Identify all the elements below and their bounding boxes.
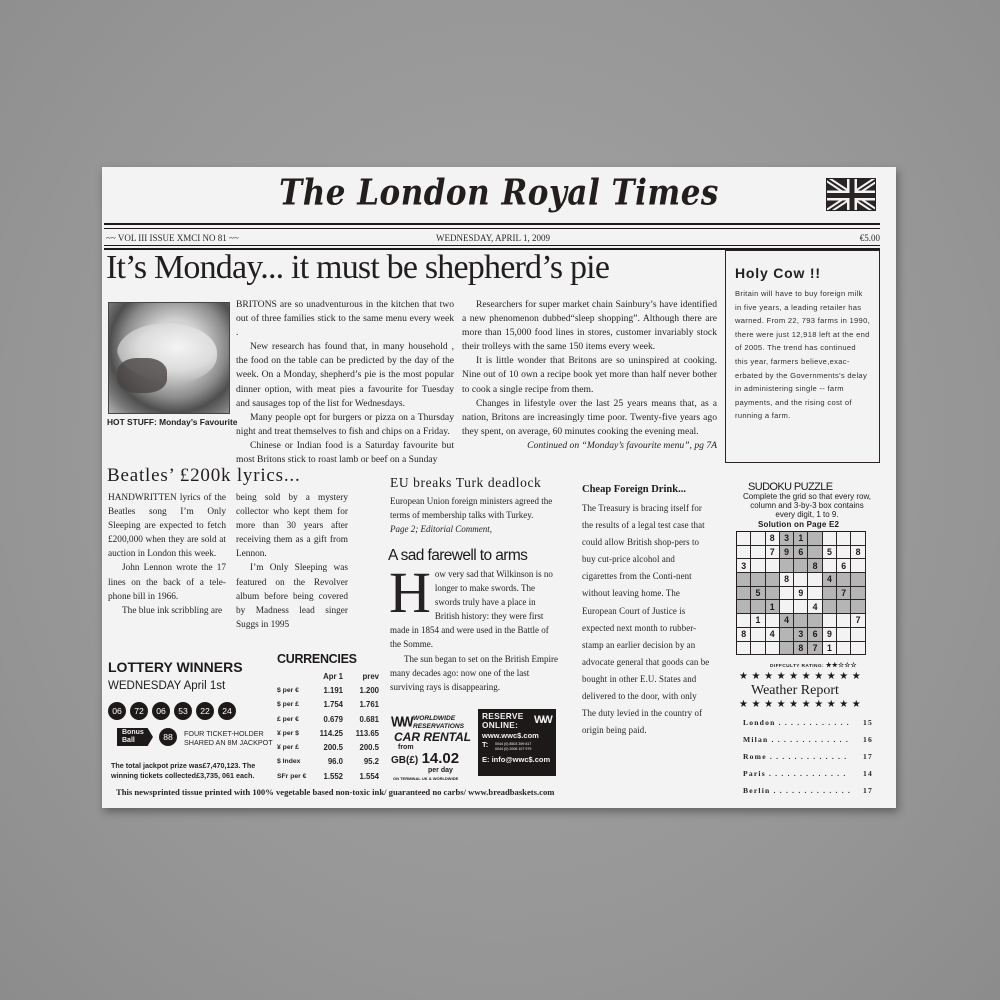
sudoku-cell[interactable]	[751, 641, 765, 655]
sudoku-row: 386	[737, 559, 866, 573]
lottery-ball: 06	[108, 702, 126, 720]
paragraph: John Lennon wrote the 17 lines on the ba…	[108, 561, 226, 603]
sudoku-cell[interactable]	[794, 559, 808, 573]
difficulty-rating: DIFFCULTY RATING: ★★☆☆☆	[770, 661, 857, 669]
sudoku-cell[interactable]: 1	[765, 600, 779, 614]
sudoku-cell[interactable]: 5	[822, 545, 836, 559]
dateline: ~~ VOL III ISSUE XMCI NO 81 ~~ WEDNESDAY…	[106, 233, 880, 245]
sudoku-cell[interactable]: 1	[822, 641, 836, 655]
sudoku-cell[interactable]: 6	[794, 545, 808, 559]
lottery-ball: 24	[218, 702, 236, 720]
sudoku-cell[interactable]	[837, 545, 851, 559]
sudoku-cell[interactable]	[822, 614, 836, 628]
lottery-title: LOTTERY WINNERS	[108, 659, 243, 675]
ww-logo-icon: WW	[534, 714, 551, 726]
lead-column-1: BRITONS are so unadventurous in the kitc…	[236, 298, 454, 467]
beatles-column-1: HANDWRITTEN lyrics of the Beatles song I…	[108, 491, 226, 618]
sudoku-cell[interactable]: 9	[822, 627, 836, 641]
sudoku-cell[interactable]	[751, 600, 765, 614]
paragraph: Changes in lifestyle over the last 25 ye…	[462, 397, 717, 439]
sudoku-cell[interactable]	[851, 586, 865, 600]
sudoku-cell[interactable]: 8	[779, 573, 793, 587]
ad-tagline: WORLDWIDE RESERVATIONS	[413, 715, 464, 730]
sudoku-cell[interactable]: 7	[765, 545, 779, 559]
sudoku-instructions: Complete the grid so that every row, col…	[742, 493, 872, 519]
weather-row: Paris . . . . . . . . . . . . .14	[743, 765, 873, 782]
currencies-header-row: Apr 1prev	[277, 669, 379, 683]
sudoku-cell[interactable]	[794, 573, 808, 587]
sudoku-row: 147	[737, 614, 866, 628]
sudoku-cell[interactable]: 4	[765, 627, 779, 641]
paragraph: HANDWRITTEN lyrics of the Beatles song I…	[108, 491, 226, 561]
sudoku-cell[interactable]	[751, 573, 765, 587]
drink-text: The Treasury is bracing itself for the r…	[582, 500, 710, 739]
sudoku-cell[interactable]: 4	[822, 573, 836, 587]
lottery-ball: 53	[174, 702, 192, 720]
masthead-rule-top	[104, 223, 880, 225]
sudoku-cell[interactable]	[779, 600, 793, 614]
sudoku-cell[interactable]	[737, 614, 751, 628]
stars-divider-icon: ★★★★★★★★★★	[739, 671, 864, 682]
sudoku-row: 871	[737, 641, 866, 655]
sudoku-cell[interactable]: 6	[808, 627, 822, 641]
sudoku-row: 14	[737, 600, 866, 614]
sudoku-row: 84	[737, 573, 866, 587]
currency-row: ¥ per £200.5200.5	[277, 740, 379, 754]
weather-row: Milan . . . . . . . . . . . . .16	[743, 731, 873, 748]
photo-caption: HOT STUFF: Monday’s Favourite	[107, 417, 237, 427]
currency-row: $ per £1.7541.761	[277, 698, 379, 712]
paragraph: being sold by a mystery collector who ke…	[236, 491, 348, 561]
sudoku-cell[interactable]	[794, 600, 808, 614]
weather-row: Rome . . . . . . . . . . . . .17	[743, 748, 873, 765]
sudoku-cell[interactable]	[737, 532, 751, 546]
bonus-ball: 88	[159, 728, 177, 746]
sudoku-row: 79658	[737, 545, 866, 559]
eu-text: European Union foreign ministers agreed …	[390, 494, 570, 536]
masthead-rule-bottom-thin	[104, 245, 880, 246]
ad-url[interactable]: www.wwc$.com	[482, 731, 552, 740]
issue-date: WEDNESDAY, APRIL 1, 2009	[106, 233, 880, 243]
currencies-title: CURRENCIES	[277, 652, 357, 666]
sudoku-cell[interactable]	[837, 641, 851, 655]
sudoku-cell[interactable]	[851, 627, 865, 641]
weather-list: London . . . . . . . . . . . .15 Milan .…	[743, 714, 873, 799]
sudoku-cell[interactable]	[794, 614, 808, 628]
masthead-title: The London Royal Times	[102, 172, 896, 213]
weather-row: London . . . . . . . . . . . .15	[743, 714, 873, 731]
sudoku-cell[interactable]	[851, 573, 865, 587]
paragraph: Chinese or Indian food is a Saturday fav…	[236, 439, 454, 467]
sudoku-cell[interactable]	[837, 627, 851, 641]
sudoku-cell[interactable]: 8	[808, 559, 822, 573]
sudoku-cell[interactable]	[765, 614, 779, 628]
currency-row: £ per €0.6790.681	[277, 712, 379, 726]
holy-cow-box: Holy Cow !! Britain will have to buy for…	[725, 250, 880, 463]
sudoku-cell[interactable]: 3	[794, 627, 808, 641]
paragraph: It is little wonder that Britons are so …	[462, 354, 717, 396]
sudoku-cell[interactable]	[808, 586, 822, 600]
sudoku-cell[interactable]: 4	[808, 600, 822, 614]
ad-email[interactable]: E: info@wwc$.com	[482, 755, 552, 764]
sudoku-cell[interactable]: 3	[779, 532, 793, 546]
sudoku-solution-ref: Solution on Page E2	[758, 520, 839, 529]
sudoku-cell[interactable]: 5	[751, 586, 765, 600]
sudoku-cell[interactable]	[779, 559, 793, 573]
paragraph: The blue ink scribbling are	[108, 604, 226, 618]
currencies-table: Apr 1prev $ per €1.1911.200 $ per £1.754…	[277, 669, 379, 783]
sudoku-row: 597	[737, 586, 866, 600]
sudoku-cell[interactable]: 8	[794, 641, 808, 655]
sudoku-cell[interactable]	[851, 559, 865, 573]
sudoku-cell[interactable]	[822, 532, 836, 546]
union-jack-flag-icon	[826, 178, 876, 211]
newspaper-sheet: The London Royal Times ~~ VOL III ISSUE …	[102, 167, 896, 808]
holy-cow-title: Holy Cow !!	[735, 265, 870, 281]
sudoku-cell[interactable]	[751, 532, 765, 546]
sudoku-cell[interactable]	[737, 586, 751, 600]
ad-price: GB(£) 14.02	[391, 750, 459, 767]
sudoku-cell[interactable]	[751, 559, 765, 573]
paragraph: I’m Only Sleeping was featured on the Re…	[236, 561, 348, 631]
sudoku-cell[interactable]	[837, 614, 851, 628]
sudoku-cell[interactable]	[779, 586, 793, 600]
sudoku-cell[interactable]: 7	[851, 614, 865, 628]
sudoku-cell[interactable]	[737, 573, 751, 587]
sudoku-cell[interactable]: 4	[779, 614, 793, 628]
drop-cap: H	[389, 569, 431, 617]
sudoku-cell[interactable]: 1	[794, 532, 808, 546]
shepherds-pie-photo	[108, 302, 230, 414]
sudoku-cell[interactable]	[837, 600, 851, 614]
lottery-note: FOUR TICKET-HOLDER SHARED AN 8M JACKPOT	[184, 729, 273, 747]
drink-headline: Cheap Foreign Drink...	[582, 484, 686, 495]
sudoku-cell[interactable]	[765, 573, 779, 587]
reserve-online-ad: RESERVE ONLINE: WW www.wwc$.com T: 0044 …	[478, 709, 556, 776]
stars-divider-icon: ★★★★★★★★★★	[739, 699, 864, 710]
sudoku-cell[interactable]	[751, 545, 765, 559]
paragraph: Researchers for super market chain Sainb…	[462, 298, 717, 354]
sudoku-cell[interactable]	[765, 641, 779, 655]
sudoku-cell[interactable]	[737, 641, 751, 655]
sudoku-cell[interactable]	[808, 532, 822, 546]
jackpot-text: The total jackpot prize was£7,470,123. T…	[111, 761, 255, 781]
sudoku-cell[interactable]: 7	[808, 641, 822, 655]
sudoku-cell[interactable]: 1	[751, 614, 765, 628]
sudoku-cell[interactable]: 9	[779, 545, 793, 559]
paragraph: BRITONS are so unadventurous in the kitc…	[236, 298, 454, 340]
car-rental-ad: WW WORLDWIDE RESERVATIONS CAR RENTAL fro…	[390, 713, 478, 783]
sudoku-grid: 83179658386845971414784369871	[736, 531, 866, 655]
lottery-numbers: 067206532224	[108, 701, 240, 720]
price: €5.00	[860, 233, 880, 243]
weather-title: Weather Report	[751, 683, 839, 699]
lead-headline: It’s Monday... it must be shepherd’s pie	[106, 249, 609, 287]
sudoku-cell[interactable]	[822, 559, 836, 573]
lead-column-2: Researchers for super market chain Sainb…	[462, 298, 717, 453]
sudoku-cell[interactable]	[808, 573, 822, 587]
currency-row: ¥ per $114.25113.65	[277, 726, 379, 740]
beatles-column-2: being sold by a mystery collector who ke…	[236, 491, 348, 632]
sudoku-cell[interactable]: 8	[851, 545, 865, 559]
paragraph: Many people opt for burgers or pizza on …	[236, 411, 454, 439]
sudoku-cell[interactable]: 6	[837, 559, 851, 573]
sudoku-cell[interactable]: 8	[765, 532, 779, 546]
rating-stars-icon: ★★☆☆☆	[826, 662, 857, 669]
sudoku-cell[interactable]	[737, 545, 751, 559]
currency-row: SFr per €1.5521.554	[277, 769, 379, 783]
sudoku-cell[interactable]	[808, 614, 822, 628]
eu-reference: Page 2; Editorial Comment,	[390, 522, 570, 536]
continued-note: Continued on “Monday’s favourite menu”, …	[462, 439, 717, 453]
currency-row: $ Index96.095.2	[277, 755, 379, 769]
sudoku-cell[interactable]	[822, 586, 836, 600]
sudoku-cell[interactable]: 8	[737, 627, 751, 641]
ww-logo-icon: WW	[391, 713, 412, 730]
weather-row: Berlin . . . . . . . . . . . . .17	[743, 782, 873, 799]
sudoku-cell[interactable]	[808, 545, 822, 559]
sudoku-cell[interactable]: 9	[794, 586, 808, 600]
sudoku-cell[interactable]	[837, 573, 851, 587]
lottery-ball: 06	[152, 702, 170, 720]
bonus-ball-label: Bonus Ball	[117, 728, 153, 746]
eu-headline: EU breaks Turk deadlock	[390, 475, 541, 491]
ad-phone: T: 0044 (0) 8503 399 817 0044 (0) 2006 1…	[482, 742, 552, 752]
sudoku-cell[interactable]	[851, 532, 865, 546]
holy-cow-text: Britain will have to buy foreign milk in…	[735, 287, 870, 423]
sudoku-cell[interactable]	[822, 600, 836, 614]
sudoku-cell[interactable]: 3	[737, 559, 751, 573]
beatles-headline: Beatles’ £200k lyrics...	[107, 465, 301, 487]
sudoku-cell[interactable]	[779, 641, 793, 655]
lottery-ball: 22	[196, 702, 214, 720]
sudoku-cell[interactable]	[765, 586, 779, 600]
sudoku-cell[interactable]	[751, 627, 765, 641]
sudoku-cell[interactable]	[779, 627, 793, 641]
sudoku-cell[interactable]	[765, 559, 779, 573]
sudoku-row: 831	[737, 532, 866, 546]
ad-headline: CAR RENTAL	[394, 730, 471, 744]
farewell-text: H ow very sad that Wilkinson is no longe…	[390, 567, 560, 694]
lottery-date: WEDNESDAY April 1st	[108, 680, 225, 692]
sudoku-cell[interactable]: 7	[837, 586, 851, 600]
currency-row: $ per €1.1911.200	[277, 683, 379, 697]
sudoku-cell[interactable]	[851, 641, 865, 655]
sudoku-cell[interactable]	[851, 600, 865, 614]
sudoku-cell[interactable]	[837, 532, 851, 546]
footer-note: This newsprinted tissue printed with 100…	[116, 787, 554, 797]
sudoku-row: 84369	[737, 627, 866, 641]
lottery-ball: 72	[130, 702, 148, 720]
sudoku-cell[interactable]	[737, 600, 751, 614]
paragraph: New research has found that, in many hou…	[236, 340, 454, 410]
masthead-rule-top-thin	[104, 228, 880, 229]
